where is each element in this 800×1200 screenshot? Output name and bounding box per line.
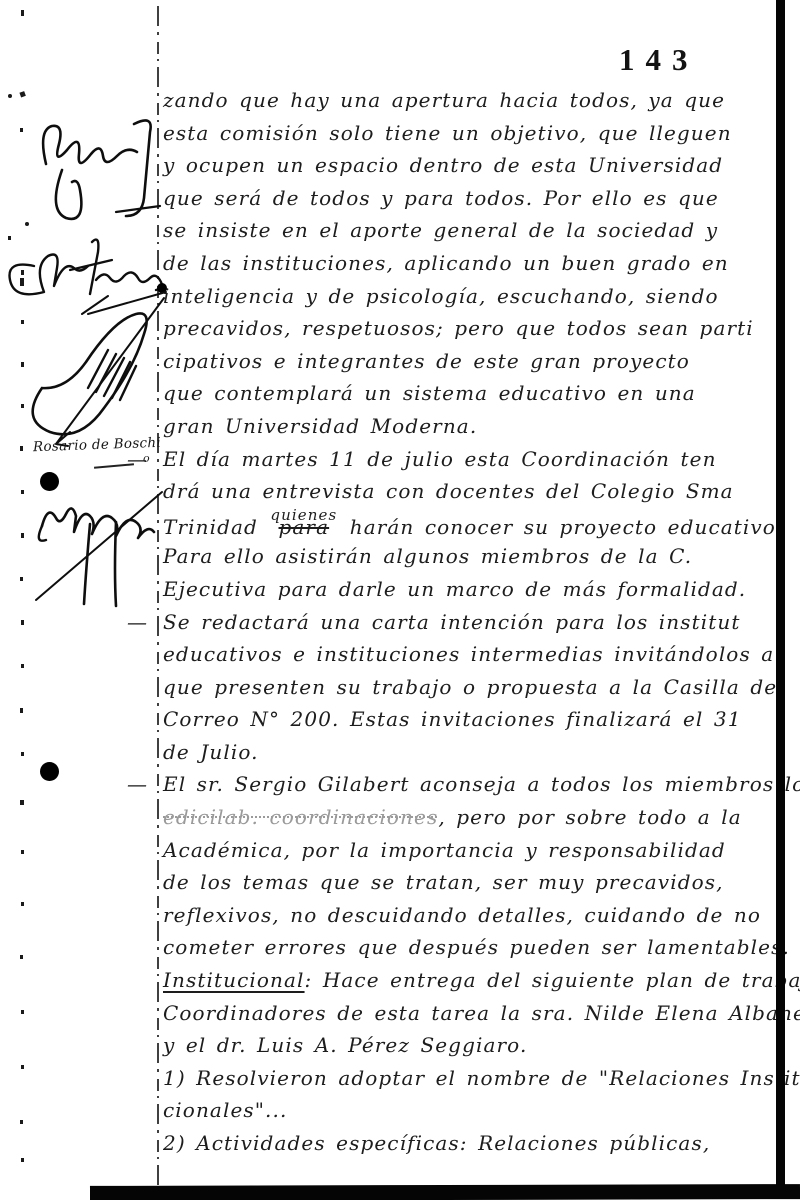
handwritten-text: Trinidad bbox=[163, 515, 268, 539]
handwritten-text: harán conocer su proyecto educativo. bbox=[339, 515, 783, 539]
handwritten-line: que será de todos y para todos. Por ello… bbox=[163, 182, 775, 215]
handwritten-text: y el dr. Luis A. Pérez Seggiaro. bbox=[163, 1033, 527, 1057]
handwritten-text: y ocupen un espacio dentro de esta Unive… bbox=[163, 153, 723, 177]
handwritten-line: gran Universidad Moderna. bbox=[163, 410, 775, 443]
underlined-word: Institucional bbox=[163, 968, 305, 992]
handwritten-text: de Julio. bbox=[163, 740, 259, 764]
handwritten-line: 1) Resolvieron adoptar el nombre de "Rel… bbox=[163, 1062, 775, 1095]
handwritten-text: Para ello asistirán algunos miembros de … bbox=[163, 544, 692, 568]
handwritten-text: Ejecutiva para darle un marco de más for… bbox=[163, 577, 746, 601]
handwritten-line: cionales"... bbox=[163, 1094, 775, 1127]
handwritten-line: y el dr. Luis A. Pérez Seggiaro. bbox=[163, 1029, 775, 1062]
handwritten-text: de los temas que se tratan, ser muy prec… bbox=[163, 870, 724, 894]
handwritten-text: 1) Resolvieron adoptar el nombre de "Rel… bbox=[163, 1066, 800, 1090]
handwritten-text: gran Universidad Moderna. bbox=[163, 414, 477, 438]
handwritten-line: —Se redactará una carta intención para l… bbox=[163, 606, 775, 639]
handwritten-text: 2) Actividades específicas: Relaciones p… bbox=[163, 1131, 710, 1155]
handwritten-text: Se redactará una carta intención para lo… bbox=[163, 610, 741, 634]
handwritten-text: : Hace entrega del siguiente plan de tra… bbox=[305, 968, 800, 992]
handwritten-line: y ocupen un espacio dentro de esta Unive… bbox=[163, 149, 775, 182]
handwritten-text: cionales"... bbox=[163, 1098, 287, 1122]
handwritten-line: inteligencia y de psicología, escuchando… bbox=[163, 280, 775, 313]
signature-3 bbox=[28, 292, 170, 454]
handwritten-text: El día martes 11 de julio esta Coordinac… bbox=[163, 447, 717, 471]
handwritten-line: Académica, por la importancia y responsa… bbox=[163, 834, 775, 867]
scan-edge-bottom bbox=[90, 1184, 800, 1200]
handwritten-text: cometer errores que después pueden ser l… bbox=[163, 935, 790, 959]
signature-1 bbox=[38, 106, 168, 236]
handwritten-text: de las instituciones, aplicando un buen … bbox=[163, 251, 729, 275]
handwritten-text: Correo N° 200. Estas invitaciones finali… bbox=[163, 707, 742, 731]
paragraph-dash: — bbox=[127, 606, 161, 639]
handwritten-text: que será de todos y para todos. Por ello… bbox=[163, 186, 719, 210]
handwritten-text: inteligencia y de psicología, escuchando… bbox=[163, 284, 719, 308]
handwritten-line: —El día martes 11 de julio esta Coordina… bbox=[163, 443, 775, 476]
handwritten-text: drá una entrevista con docentes del Cole… bbox=[163, 479, 734, 503]
handwritten-text: Coordinadores de esta tarea la sra. Nild… bbox=[163, 1001, 800, 1025]
handwritten-text: se insiste en el aporte general de la so… bbox=[163, 218, 718, 242]
handwritten-text: que presenten su trabajo o propuesta a l… bbox=[163, 675, 777, 699]
handwritten-line: Institucional: Hace entrega del siguient… bbox=[163, 964, 775, 997]
handwritten-line: precavidos, respetuosos; pero que todos … bbox=[163, 312, 775, 345]
handwritten-line: —El sr. Sergio Gilabert aconseja a todos… bbox=[163, 768, 775, 801]
handwritten-line: edicilab. coordinaciones, pero por sobre… bbox=[163, 801, 775, 834]
handwritten-line: Coordinadores de esta tarea la sra. Nild… bbox=[163, 997, 775, 1030]
handwritten-text: que contemplará un sistema educativo en … bbox=[163, 381, 696, 405]
paragraph-dash: — bbox=[127, 443, 161, 476]
handwritten-line: se insiste en el aporte general de la so… bbox=[163, 214, 775, 247]
handwritten-line: esta comisión solo tiene un objetivo, qu… bbox=[163, 117, 775, 150]
handwritten-line: que presenten su trabajo o propuesta a l… bbox=[163, 671, 775, 704]
handwritten-line: Trinidad quienespara harán conocer su pr… bbox=[163, 508, 775, 541]
handwritten-line: 2) Actividades específicas: Relaciones p… bbox=[163, 1127, 775, 1160]
handwritten-text: , pero por sobre todo a la bbox=[438, 805, 741, 829]
handwritten-line: reflexivos, no descuidando detalles, cui… bbox=[163, 899, 775, 932]
handwritten-text: educativos e instituciones intermedias i… bbox=[163, 642, 774, 666]
handwritten-line: Para ello asistirán algunos miembros de … bbox=[163, 540, 775, 573]
handwritten-line: drá una entrevista con docentes del Cole… bbox=[163, 475, 775, 508]
handwritten-text: zando que hay una apertura hacia todos, … bbox=[163, 88, 725, 112]
handwritten-line: que contemplará un sistema educativo en … bbox=[163, 377, 775, 410]
handwritten-text: esta comisión solo tiene un objetivo, qu… bbox=[163, 121, 732, 145]
erased-strikethrough-text: edicilab. coordinaciones bbox=[163, 805, 438, 829]
scan-edge-right bbox=[776, 0, 785, 1186]
handwritten-line: educativos e instituciones intermedias i… bbox=[163, 638, 775, 671]
handwritten-text: reflexivos, no descuidando detalles, cui… bbox=[163, 903, 761, 927]
handwritten-text: Académica, por la importancia y responsa… bbox=[163, 838, 726, 862]
handwritten-line: zando que hay una apertura hacia todos, … bbox=[163, 84, 775, 117]
handwritten-text: El sr. Sergio Gilabert aconseja a todos … bbox=[163, 772, 800, 796]
handwritten-line: de Julio. bbox=[163, 736, 775, 769]
handwritten-line: Ejecutiva para darle un marco de más for… bbox=[163, 573, 775, 606]
handwritten-line: cometer errores que después pueden ser l… bbox=[163, 931, 775, 964]
handwritten-line: de las instituciones, aplicando un buen … bbox=[163, 247, 775, 280]
handwritten-text: cipativos e integrantes de este gran pro… bbox=[163, 349, 690, 373]
page-number: 143 bbox=[619, 42, 699, 78]
handwriting-block: zando que hay una apertura hacia todos, … bbox=[163, 84, 775, 1160]
handwritten-line: cipativos e integrantes de este gran pro… bbox=[163, 345, 775, 378]
handwritten-line: de los temas que se tratan, ser muy prec… bbox=[163, 866, 775, 899]
handwritten-line: Correo N° 200. Estas invitaciones finali… bbox=[163, 703, 775, 736]
handwritten-text: precavidos, respetuosos; pero que todos … bbox=[163, 316, 754, 340]
signature-4 bbox=[34, 478, 168, 618]
scanned-document-page: 143 Rosario de Boschi o zando que hay un… bbox=[0, 0, 800, 1200]
paragraph-dash: — bbox=[127, 768, 161, 801]
inline-correction: quienespara bbox=[270, 508, 337, 536]
hole-punch-bottom bbox=[40, 762, 59, 781]
